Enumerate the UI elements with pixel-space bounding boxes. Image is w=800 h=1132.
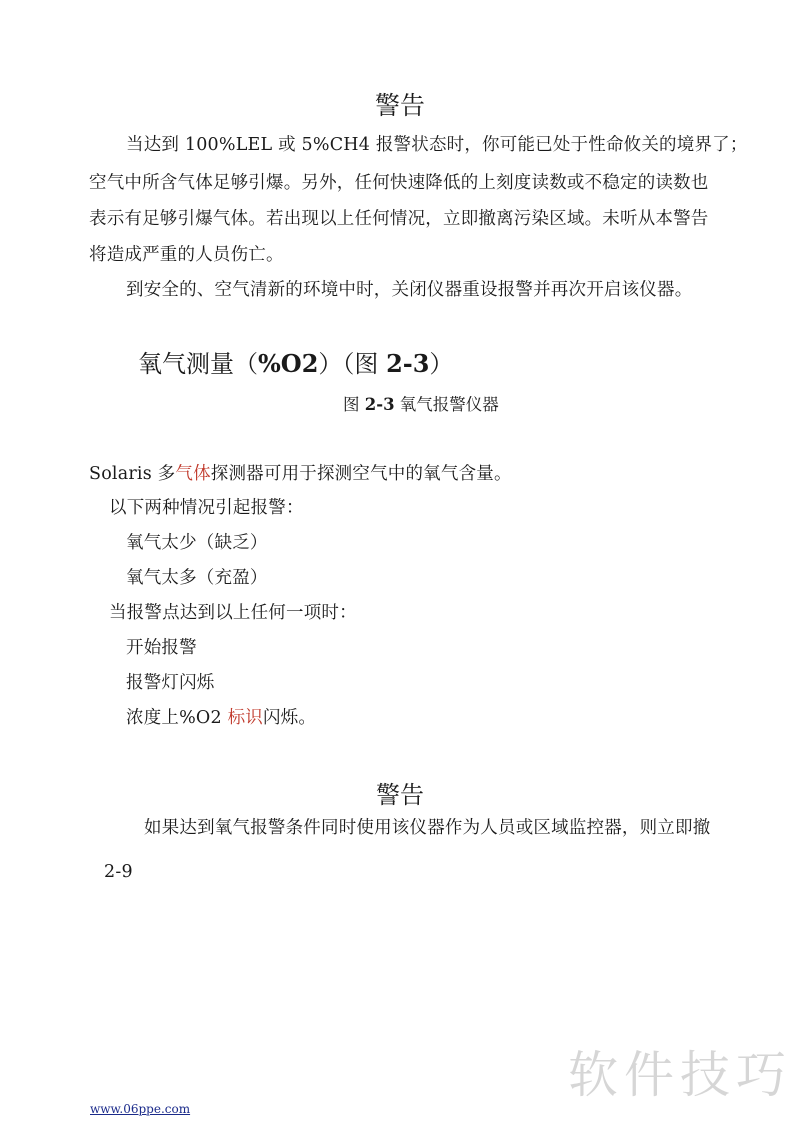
warning-2-text: 如果达到氧气报警条件同时使用该仪器作为人员或区域监控器，则立即撤 <box>144 814 710 839</box>
cause-intro: 以下两种情况引起报警： <box>109 494 304 519</box>
warning-title-2: 警告 <box>0 775 800 810</box>
effect-item: 报警灯闪烁 <box>126 669 215 694</box>
warning-paragraph-line: 将造成严重的人员伤亡。 <box>89 241 284 266</box>
page-number: 2-9 <box>104 862 133 882</box>
figure-caption: 图 2-3 氧气报警仪器 <box>343 391 499 415</box>
website-link[interactable]: www.06ppe.com <box>90 1102 190 1116</box>
warning-paragraph-line: 到安全的、空气清新的环境中时，关闭仪器重设报警并再次开启该仪器。 <box>126 276 692 301</box>
cause-item: 氧气太少（缺乏） <box>126 529 268 554</box>
warning-paragraph-line: 空气中所含气体足够引爆。另外，任何快速降低的上刻度读数或不稳定的读数也 <box>89 169 709 194</box>
intro-text: Solaris 多气体探测器可用于探测空气中的氧气含量。 <box>89 460 512 485</box>
warning-paragraph-line: 当达到 100%LEL 或 5%CH4 报警状态时，你可能已处于性命攸关的境界了… <box>126 131 748 156</box>
warning-title: 警告 <box>0 86 800 122</box>
watermark: 软件技巧 <box>568 1035 792 1107</box>
warning-paragraph-line: 表示有足够引爆气体。若出现以上任何情况，立即撤离污染区域。未听从本警告 <box>89 205 709 230</box>
cause-item: 氧气太多（充盈） <box>126 564 268 589</box>
effect-intro: 当报警点达到以上任何一项时： <box>109 599 357 624</box>
highlighted-term: 气体 <box>175 464 210 484</box>
effect-item: 开始报警 <box>126 634 197 659</box>
highlighted-term: 标识 <box>228 708 263 728</box>
section-heading: 氧气测量（%O2）（图 2-3） <box>138 344 453 379</box>
effect-item: 浓度上%O2 标识闪烁。 <box>126 704 316 729</box>
